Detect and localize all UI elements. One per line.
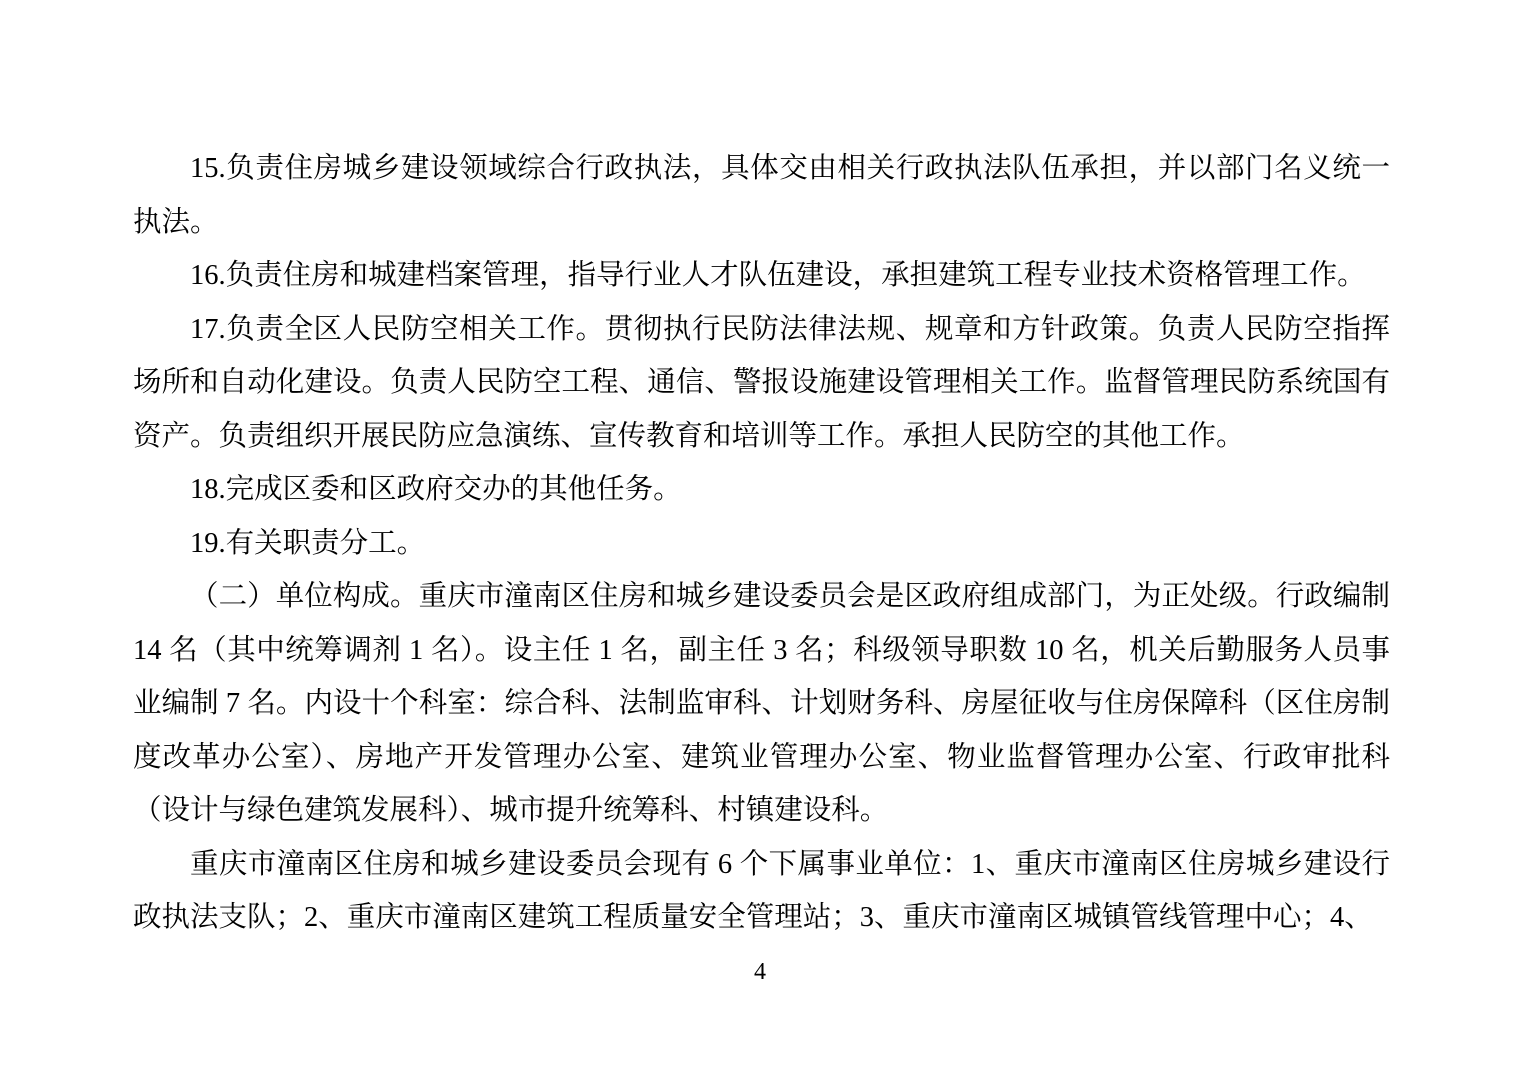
- paragraph-duty-16: 16.负责住房和城建档案管理，指导行业人才队伍建设，承担建筑工程专业技术资格管理…: [133, 249, 1390, 303]
- paragraph-subordinate-units: 重庆市潼南区住房和城乡建设委员会现有 6 个下属事业单位：1、重庆市潼南区住房城…: [133, 838, 1390, 945]
- document-page: 15.负责住房城乡建设领域综合行政执法，具体交由相关行政执法队伍承担，并以部门名…: [0, 0, 1520, 1074]
- paragraph-duty-17: 17.负责全区人民防空相关工作。贯彻执行民防法律法规、规章和方针政策。负责人民防…: [133, 303, 1390, 464]
- document-body: 15.负责住房城乡建设领域综合行政执法，具体交由相关行政执法队伍承担，并以部门名…: [133, 142, 1390, 945]
- page-number: 4: [0, 956, 1520, 988]
- paragraph-duty-19: 19.有关职责分工。: [133, 517, 1390, 571]
- paragraph-duty-18: 18.完成区委和区政府交办的其他任务。: [133, 463, 1390, 517]
- paragraph-unit-composition: （二）单位构成。重庆市潼南区住房和城乡建设委员会是区政府组成部门，为正处级。行政…: [133, 570, 1390, 838]
- paragraph-duty-15: 15.负责住房城乡建设领域综合行政执法，具体交由相关行政执法队伍承担，并以部门名…: [133, 142, 1390, 249]
